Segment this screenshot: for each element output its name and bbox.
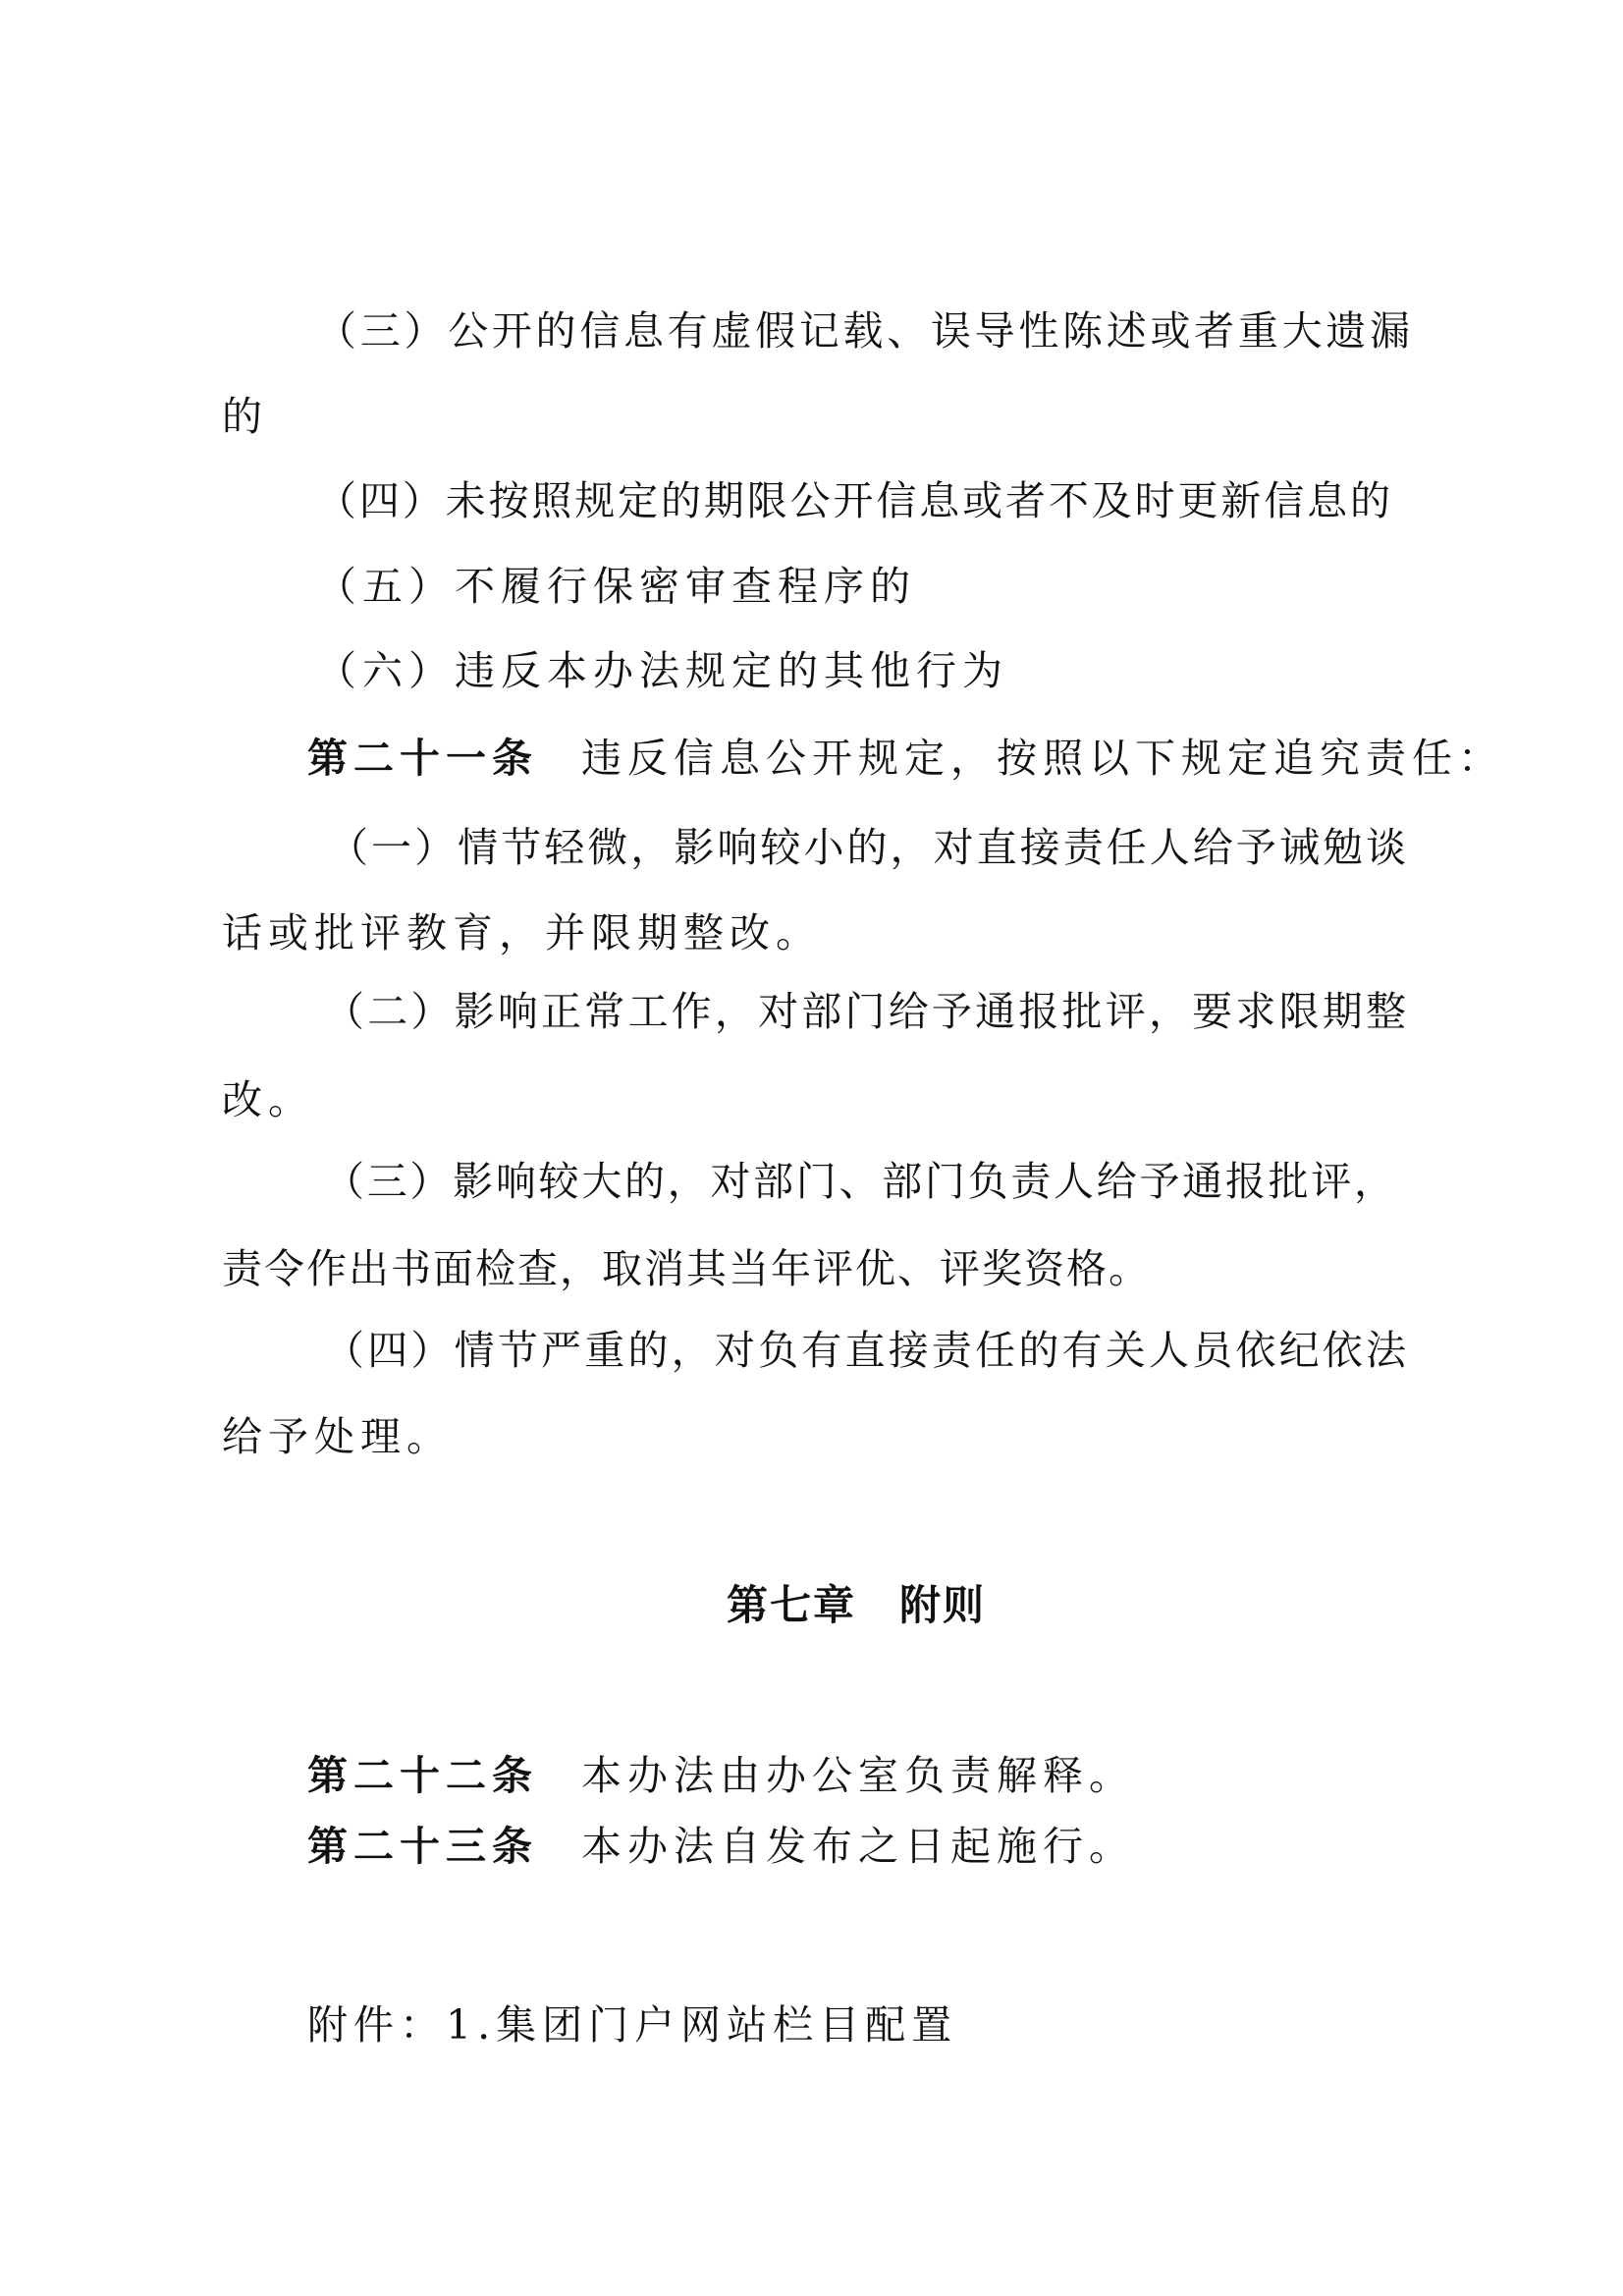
chapter-heading: 第七章附则 <box>727 1581 986 1630</box>
article-21-item-4-line-2: 给予处理。 <box>222 1412 453 1461</box>
attachment-line: 附件：1.集团门户网站栏目配置 <box>307 2000 957 2050</box>
attachment-item: 1.集团门户网站栏目配置 <box>446 2001 957 2049</box>
document-page: （三）公开的信息有虚假记载、误导性陈述或者重大遗漏 的 （四）未按照规定的期限公… <box>0 0 1623 2296</box>
article-22-text: 本办法由办公室负责解释。 <box>581 1752 1135 1799</box>
paragraph-item-4: （四）未按照规定的期限公开信息或者不及时更新信息的 <box>316 476 1390 525</box>
article-21: 第二十一条违反信息公开规定，按照以下规定追究责任： <box>307 734 1504 783</box>
article-23-number: 第二十三条 <box>307 1823 538 1870</box>
attachment-label: 附件： <box>307 2001 446 2049</box>
article-21-number: 第二十一条 <box>307 735 538 782</box>
article-21-item-1-line-2: 话或批评教育，并限期整改。 <box>222 908 822 957</box>
article-21-item-4-line-1: （四）情节严重的，对负有直接责任的有关人员依纪依法 <box>324 1326 1406 1375</box>
article-21-item-1-line-1: （一）情节轻微，影响较小的，对直接责任人给予诫勉谈 <box>328 823 1406 872</box>
paragraph-item-3-line-1: （三）公开的信息有虚假记载、误导性陈述或者重大遗漏 <box>316 306 1410 355</box>
paragraph-item-6: （六）违反本办法规定的其他行为 <box>316 646 1008 695</box>
article-23-text: 本办法自发布之日起施行。 <box>581 1823 1135 1870</box>
article-21-item-3-line-1: （三）影响较大的，对部门、部门负责人给予通报批评， <box>324 1157 1394 1206</box>
chapter-number: 第七章 <box>727 1581 856 1629</box>
article-21-item-3-line-2: 责令作出书面检查，取消其当年评优、评奖资格。 <box>222 1244 1151 1293</box>
article-23: 第二十三条本办法自发布之日起施行。 <box>307 1822 1135 1871</box>
article-21-item-2-line-1: （二）影响正常工作，对部门给予通报批评，要求限期整 <box>324 987 1406 1036</box>
chapter-title: 附则 <box>899 1581 986 1629</box>
article-22: 第二十二条本办法由办公室负责解释。 <box>307 1751 1135 1800</box>
article-21-item-2-line-2: 改。 <box>222 1075 314 1124</box>
paragraph-item-5: （五）不履行保密审查程序的 <box>316 562 916 611</box>
article-21-text: 违反信息公开规定，按照以下规定追究责任： <box>581 735 1504 782</box>
article-22-number: 第二十二条 <box>307 1752 538 1799</box>
paragraph-item-3-line-2: 的 <box>222 392 262 441</box>
